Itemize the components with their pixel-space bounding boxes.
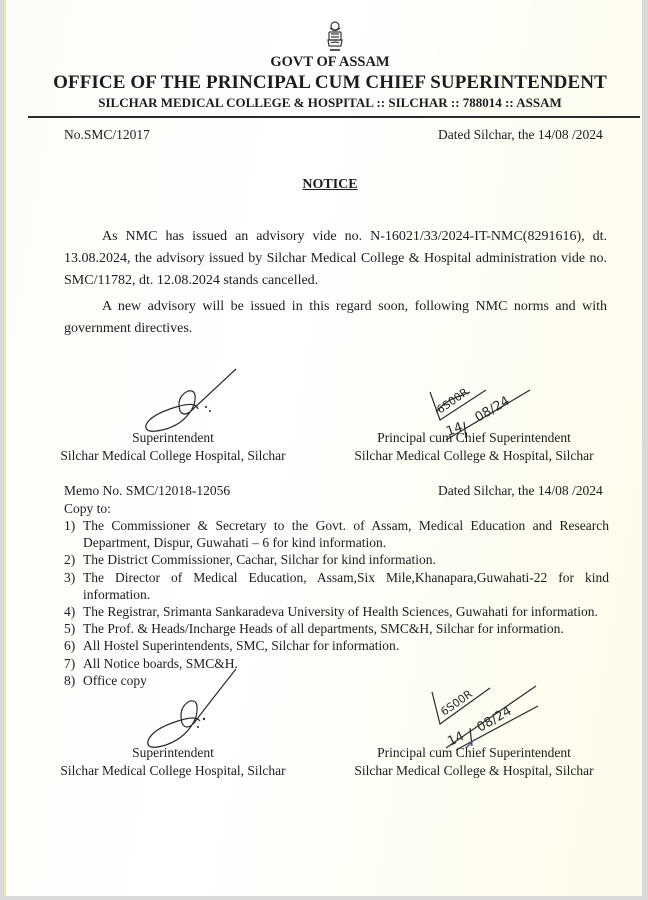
list-number: 1) bbox=[64, 517, 83, 551]
signatory-org: Silchar Medical College & Hospital, Silc… bbox=[344, 762, 604, 780]
list-number: 3) bbox=[64, 569, 83, 603]
signatory-left-top: Superintendent Silchar Medical College H… bbox=[43, 429, 303, 465]
list-item: 1)The Commissioner & Secretary to the Go… bbox=[64, 517, 609, 551]
superintendent-signature bbox=[136, 367, 246, 437]
list-text: The District Commissioner, Cachar, Silch… bbox=[83, 551, 609, 568]
list-number: 4) bbox=[64, 603, 83, 620]
signatory-title: Superintendent bbox=[43, 744, 303, 762]
notice-paragraph-2-text: A new advisory will be issued in this re… bbox=[64, 299, 607, 336]
list-number: 7) bbox=[64, 655, 83, 672]
signatory-title: Superintendent bbox=[43, 429, 303, 447]
reference-date: Dated Silchar, the 14/08 /2024 bbox=[438, 127, 603, 143]
college-address: SILCHAR MEDICAL COLLEGE & HOSPITAL :: SI… bbox=[6, 95, 648, 111]
superintendent-signature bbox=[136, 667, 246, 752]
list-text: The Prof. & Heads/Incharge Heads of all … bbox=[83, 620, 609, 637]
memo-number: Memo No. SMC/12018-12056 bbox=[64, 483, 230, 499]
reference-number: No.SMC/12017 bbox=[64, 127, 150, 143]
list-text: The Registrar, Srimanta Sankaradeva Univ… bbox=[83, 603, 609, 620]
notice-title: NOTICE bbox=[6, 177, 648, 193]
list-item: 4)The Registrar, Srimanta Sankaradeva Un… bbox=[64, 603, 609, 620]
list-number: 6) bbox=[64, 637, 83, 654]
list-item: 3)The Director of Medical Education, Ass… bbox=[64, 569, 609, 603]
svg-text:08/24: 08/24 bbox=[475, 704, 515, 736]
notice-paragraph-1: As NMC has issued an advisory vide no. N… bbox=[64, 226, 607, 292]
list-item: 5)The Prof. & Heads/Incharge Heads of al… bbox=[64, 620, 609, 637]
document-page: GOVT OF ASSAM OFFICE OF THE PRINCIPAL CU… bbox=[4, 0, 642, 896]
signatory-left-bottom: Superintendent Silchar Medical College H… bbox=[43, 744, 303, 780]
list-item: 6)All Hostel Superintendents, SMC, Silch… bbox=[64, 637, 609, 654]
signatory-right-bottom: Principal cum Chief Superintendent Silch… bbox=[344, 744, 604, 780]
copy-to-label: Copy to: bbox=[64, 501, 111, 517]
list-number: 2) bbox=[64, 551, 83, 568]
govt-heading: GOVT OF ASSAM bbox=[6, 54, 648, 71]
list-text: The Commissioner & Secretary to the Govt… bbox=[83, 517, 609, 551]
list-text: All Hostel Superintendents, SMC, Silchar… bbox=[83, 637, 609, 654]
signatory-right-top: Principal cum Chief Superintendent Silch… bbox=[344, 429, 604, 465]
state-emblem-icon bbox=[324, 20, 346, 54]
signatory-title: Principal cum Chief Superintendent bbox=[344, 744, 604, 762]
signatory-org: Silchar Medical College & Hospital, Silc… bbox=[344, 447, 604, 465]
svg-text:08/24: 08/24 bbox=[473, 394, 513, 426]
office-heading: OFFICE OF THE PRINCIPAL CUM CHIEF SUPERI… bbox=[6, 72, 648, 94]
copy-recipient-list: 1)The Commissioner & Secretary to the Go… bbox=[64, 517, 609, 689]
notice-paragraph-2: A new advisory will be issued in this re… bbox=[64, 296, 607, 340]
list-text: The Director of Medical Education, Assam… bbox=[83, 569, 609, 603]
signatory-org: Silchar Medical College Hospital, Silcha… bbox=[43, 762, 303, 780]
list-item: 2)The District Commissioner, Cachar, Sil… bbox=[64, 551, 609, 568]
signatory-title: Principal cum Chief Superintendent bbox=[344, 429, 604, 447]
header-divider bbox=[28, 116, 640, 118]
signatory-org: Silchar Medical College Hospital, Silcha… bbox=[43, 447, 303, 465]
list-number: 5) bbox=[64, 620, 83, 637]
notice-paragraph-1-text: As NMC has issued an advisory vide no. N… bbox=[64, 229, 607, 288]
list-number: 8) bbox=[64, 672, 83, 689]
memo-date: Dated Silchar, the 14/08 /2024 bbox=[438, 483, 603, 499]
